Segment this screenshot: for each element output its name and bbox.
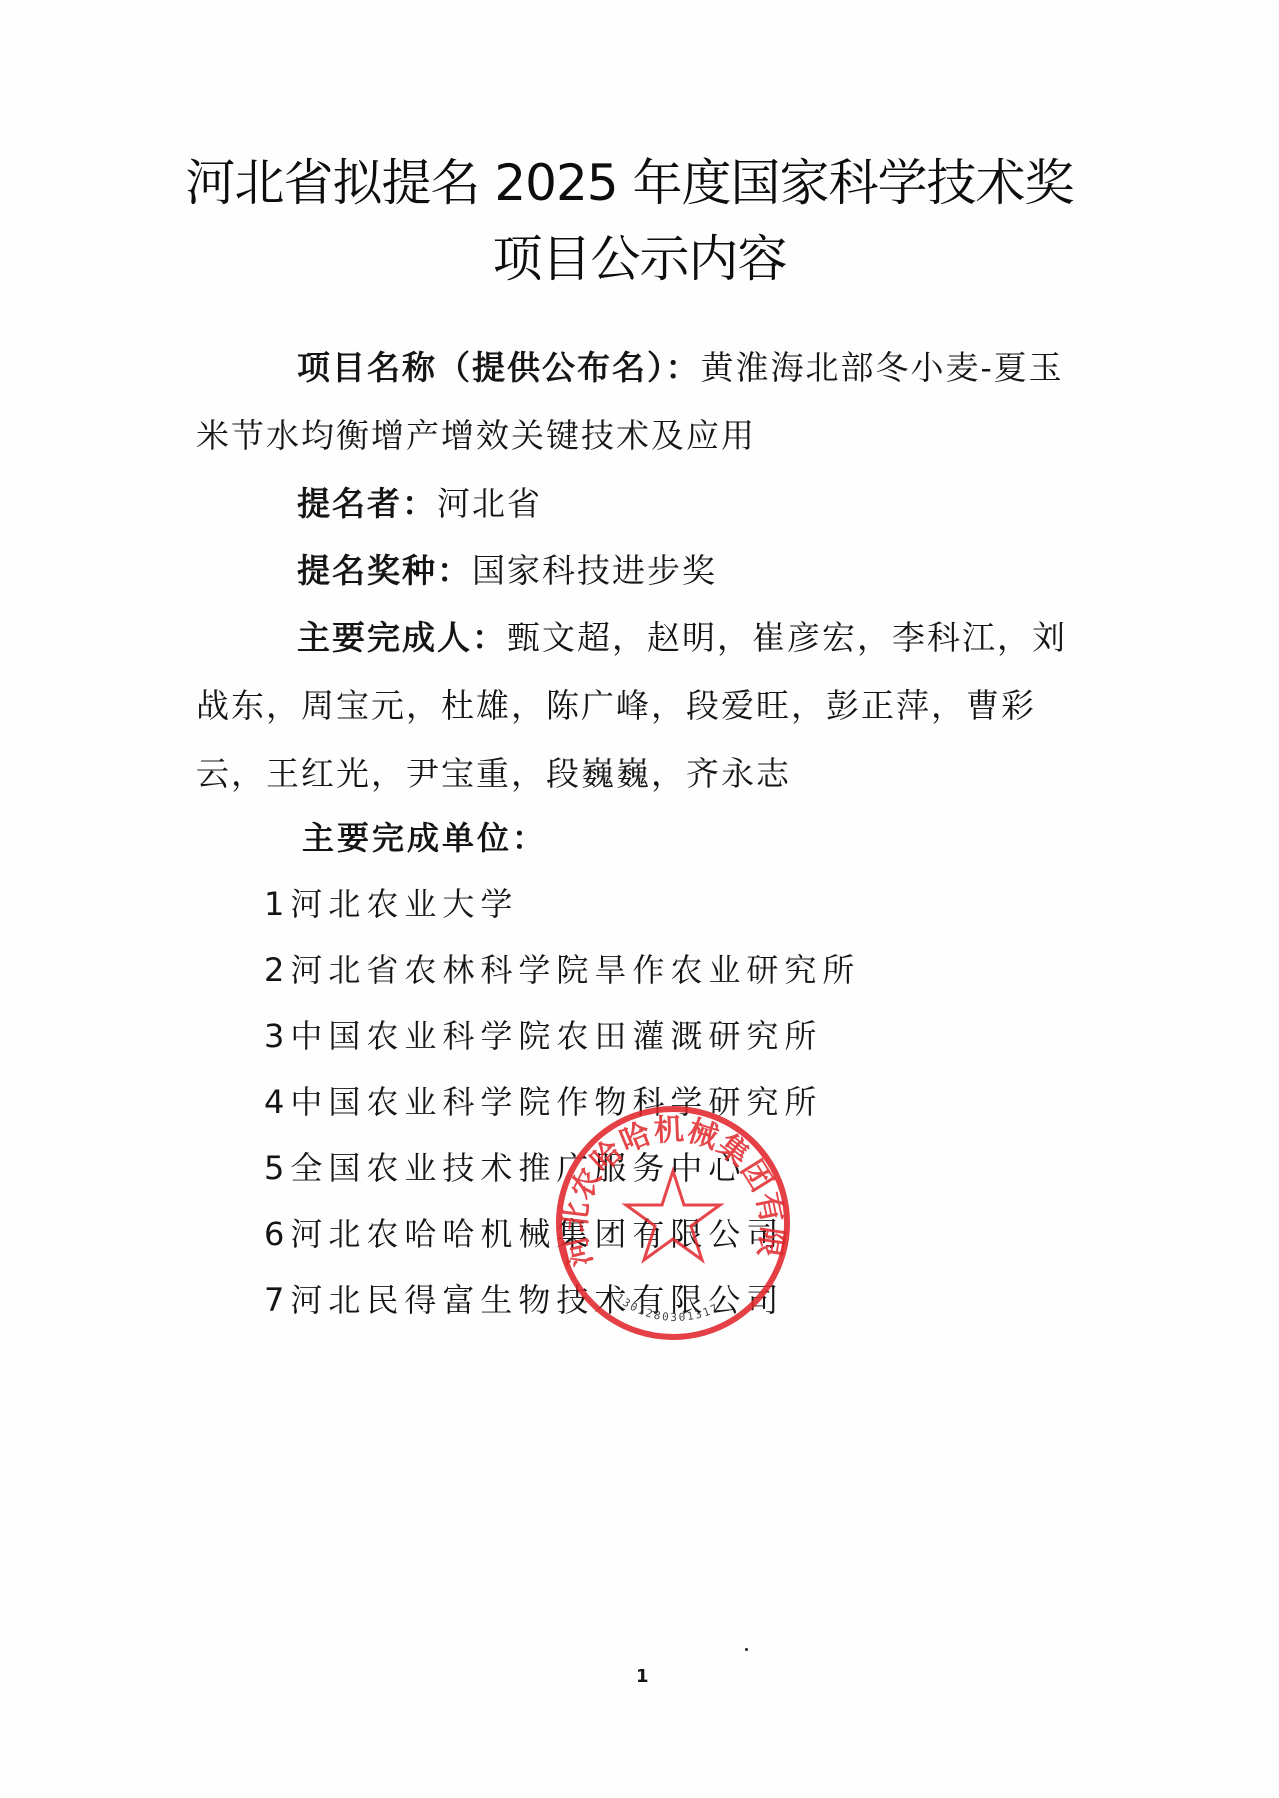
unit-name: 中国农业科学院农田灌溉研究所 — [290, 1017, 822, 1055]
unit-list-item: 4中国农业科学院作物科学研究所 — [264, 1076, 860, 1142]
main-contributors-label: 主要完成人： — [297, 618, 507, 657]
document-title-line2: 项目公示内容 — [0, 234, 1279, 284]
unit-name: 河北农业大学 — [290, 885, 518, 923]
main-units-list: 1河北农业大学 2河北省农林科学院旱作农业研究所 3中国农业科学院农田灌溉研究所… — [264, 878, 860, 1340]
main-contributors-paragraph: 主要完成人：甄文超，赵明，崔彦宏，李科江，刘战东，周宝元，杜雄，陈广峰，段爱旺，… — [196, 604, 1091, 808]
page-number: 1 — [636, 1666, 649, 1687]
scan-speck — [745, 1648, 748, 1651]
unit-list-item: 6河北农哈哈机械集团有限公司 — [264, 1208, 860, 1274]
nominator-paragraph: 提名者：河北省 — [297, 470, 542, 538]
unit-number: 7 — [264, 1281, 284, 1319]
unit-name: 河北农哈哈机械集团有限公司 — [290, 1215, 784, 1253]
unit-number: 2 — [264, 951, 284, 989]
unit-name: 河北民得富生物技术有限公司 — [290, 1281, 784, 1319]
unit-list-item: 7河北民得富生物技术有限公司 — [264, 1274, 860, 1340]
unit-number: 3 — [264, 1017, 284, 1055]
nominator-value: 河北省 — [437, 484, 542, 523]
unit-list-item: 2河北省农林科学院旱作农业研究所 — [264, 944, 860, 1010]
award-type-label: 提名奖种： — [297, 551, 472, 590]
unit-list-item: 5全国农业技术推广服务中心 — [264, 1142, 860, 1208]
unit-number: 1 — [264, 885, 284, 923]
unit-name: 河北省农林科学院旱作农业研究所 — [290, 951, 860, 989]
unit-list-item: 1河北农业大学 — [264, 878, 860, 944]
document-page: 河北省拟提名 2025 年度国家科学技术奖 项目公示内容 项目名称（提供公布名）… — [0, 0, 1279, 1798]
unit-number: 4 — [264, 1083, 284, 1121]
unit-name: 全国农业技术推广服务中心 — [290, 1149, 746, 1187]
unit-name: 中国农业科学院作物科学研究所 — [290, 1083, 822, 1121]
unit-number: 6 — [264, 1215, 284, 1253]
project-name-label: 项目名称（提供公布名）： — [297, 348, 701, 387]
project-name-paragraph: 项目名称（提供公布名）：黄淮海北部冬小麦-夏玉米节水均衡增产增效关键技术及应用 — [196, 334, 1091, 470]
document-title-line1: 河北省拟提名 2025 年度国家科学技术奖 — [0, 158, 1269, 208]
nominator-label: 提名者： — [297, 484, 437, 523]
award-type-paragraph: 提名奖种：国家科技进步奖 — [297, 537, 717, 605]
unit-list-item: 3中国农业科学院农田灌溉研究所 — [264, 1010, 860, 1076]
unit-number: 5 — [264, 1149, 284, 1187]
award-type-value: 国家科技进步奖 — [472, 551, 717, 590]
main-units-heading: 主要完成单位： — [302, 812, 547, 864]
